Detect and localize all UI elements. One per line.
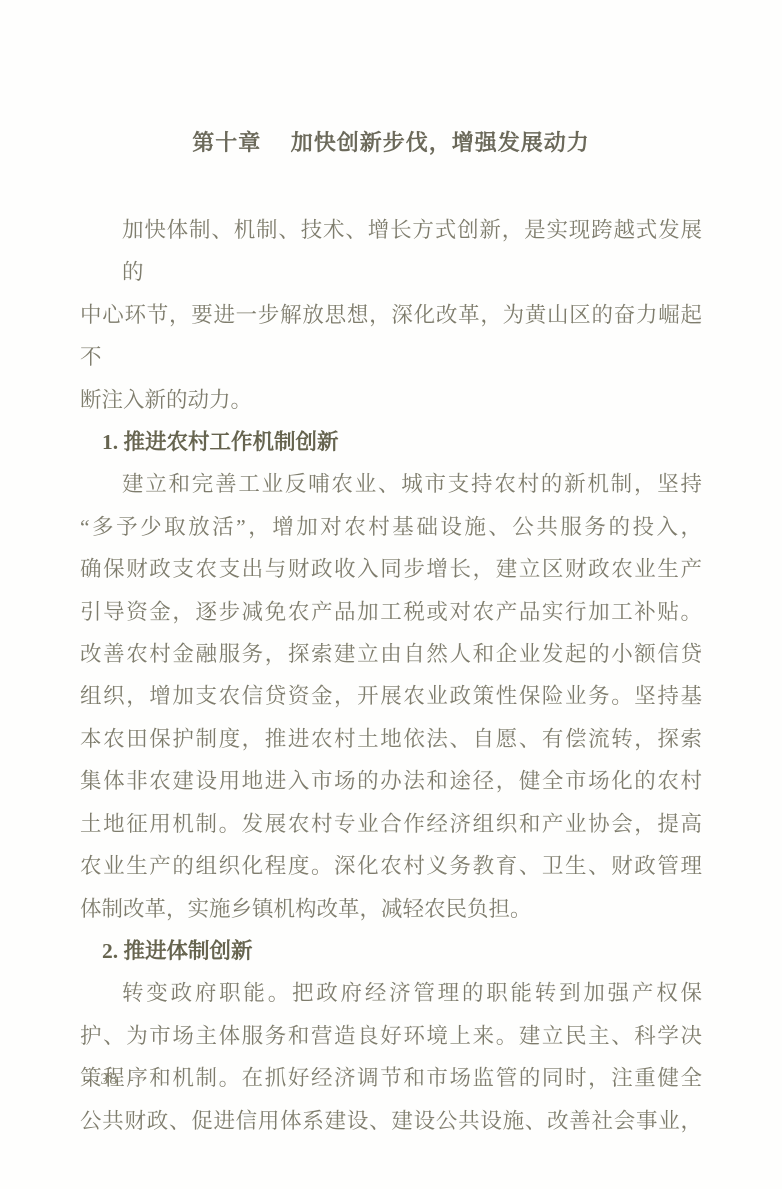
text-line: 本农田保护制度，推进农村土地依法、自愿、有偿流转，探索 — [80, 718, 702, 760]
text-line: 断注入新的动力。 — [80, 379, 702, 421]
page-number: - 38 - — [84, 1068, 135, 1092]
document-page: 第十章 加快创新步伐，增强发展动力 加快体制、机制、技术、增长方式创新，是实现跨… — [0, 0, 782, 1189]
body-blocks: 加快体制、机制、技术、增长方式创新，是实现跨越式发展的中心环节，要进一步解放思想… — [80, 209, 702, 1142]
text-line: 护、为市场主体服务和营造良好环境上来。建立民主、科学决 — [80, 1015, 702, 1057]
heading-text: 1. 推进农村工作机制创新 — [80, 421, 702, 463]
text-line: 建立和完善工业反哺农业、城市支持农村的新机制，坚持 — [80, 463, 702, 505]
text-line: 加快体制、机制、技术、增长方式创新，是实现跨越式发展的 — [80, 209, 702, 294]
text-line: 改善农村金融服务，探索建立由自然人和企业发起的小额信贷 — [80, 633, 702, 675]
section-heading: 2. 推进体制创新 — [80, 930, 702, 972]
text-line: 策程序和机制。在抓好经济调节和市场监管的同时，注重健全 — [80, 1057, 702, 1099]
section-heading: 1. 推进农村工作机制创新 — [80, 421, 702, 463]
heading-text: 2. 推进体制创新 — [80, 930, 702, 972]
text-line: 农业生产的组织化程度。深化农村义务教育、卫生、财政管理 — [80, 845, 702, 887]
text-line: 确保财政支农支出与财政收入同步增长，建立区财政农业生产 — [80, 548, 702, 590]
paragraph: 加快体制、机制、技术、增长方式创新，是实现跨越式发展的中心环节，要进一步解放思想… — [80, 209, 702, 421]
text-line: 中心环节，要进一步解放思想，深化改革，为黄山区的奋力崛起不 — [80, 294, 702, 379]
text-line: 组织，增加支农信贷资金，开展农业政策性保险业务。坚持基 — [80, 675, 702, 717]
text-line: 土地征用机制。发展农村专业合作经济组织和产业协会，提高 — [80, 803, 702, 845]
text-line: 引导资金，逐步减免农产品加工税或对农产品实行加工补贴。 — [80, 591, 702, 633]
paragraph: 建立和完善工业反哺农业、城市支持农村的新机制，坚持“多予少取放活”，增加对农村基… — [80, 463, 702, 929]
text-line: “多予少取放活”，增加对农村基础设施、公共服务的投入， — [80, 506, 702, 548]
chapter-title: 第十章 加快创新步伐，增强发展动力 — [0, 128, 782, 158]
paragraph: 转变政府职能。把政府经济管理的职能转到加强产权保护、为市场主体服务和营造良好环境… — [80, 972, 702, 1142]
text-line: 公共财政、促进信用体系建设、建设公共设施、改善社会事业， — [80, 1100, 702, 1142]
text-line: 体制改革，实施乡镇机构改革，减轻农民负担。 — [80, 888, 702, 930]
text-line: 转变政府职能。把政府经济管理的职能转到加强产权保 — [80, 972, 702, 1014]
text-line: 集体非农建设用地进入市场的办法和途径，健全市场化的农村 — [80, 760, 702, 802]
